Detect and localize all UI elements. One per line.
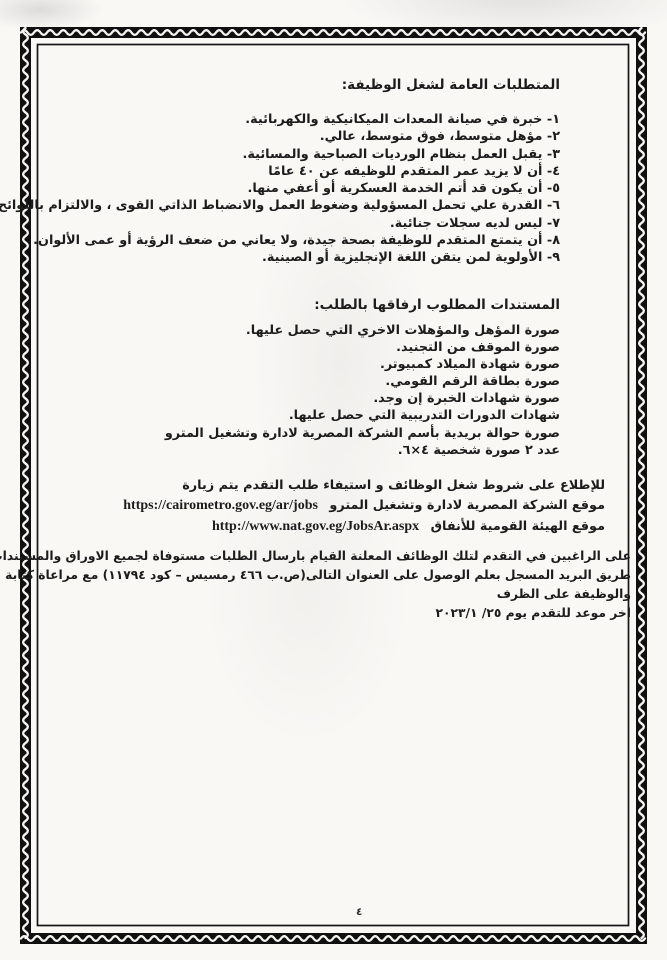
document-item: صورة الموقف من التجنيد. [165, 339, 560, 356]
page-number: ٤ [356, 906, 362, 918]
link-line: موقع الشركة المصرية لادارة وتشغيل المترو… [70, 496, 605, 516]
document-item: صورة بطاقة الرقم القومي. [165, 373, 560, 390]
link-url: https://cairometro.gov.eg/ar/jobs [123, 498, 318, 513]
links-intro: للإطلاع على شروط شغل الوظائف و استيفاء ط… [70, 476, 605, 496]
requirement-item: ٤- أن لا يزيد عمر المتقدم للوظيفه عن ٤٠ … [0, 163, 560, 180]
requirement-item: ٩- الأولوية لمن يتقن اللغة الإنجليزية أو… [0, 249, 560, 266]
submission-line: طريق البريد المسجل بعلم الوصول على العنو… [38, 566, 631, 585]
application-links: للإطلاع على شروط شغل الوظائف و استيفاء ط… [70, 476, 605, 537]
document-item: صورة حوالة بريدية بأسم الشركة المصرية لا… [165, 425, 560, 442]
document-item: صورة المؤهل والمؤهلات الاخري التي حصل عل… [165, 322, 560, 339]
requirement-item: ٣- يقبل العمل بنظام الورديات الصباحية وا… [0, 146, 560, 163]
requirement-item: ٨- أن يتمتع المتقدم للوظيفة بصحة جيدة، و… [0, 232, 560, 249]
requirement-item: ٢- مؤهل متوسط، فوق متوسط، عالي. [0, 128, 560, 145]
submission-line: اخر موعد للتقدم يوم ٢٥/ ٢٠٢٣/١ [38, 604, 631, 623]
scanned-page: المتطلبات العامة لشغل الوظيفة: ١- خبرة ف… [0, 0, 667, 960]
requirement-item: ٦- القدرة علي تحمل المسؤولية وضغوط العمل… [0, 197, 560, 214]
requirement-item: ٥- أن يكون قد أتم الخدمة العسكرية أو أعف… [0, 180, 560, 197]
requirement-item: ٧- ليس لديه سجلات جنائية. [0, 215, 560, 232]
submission-line: والوظيفة على الظرف [38, 585, 631, 604]
link-line: موقع الهيئة القومية للأنفاق http://www.n… [70, 517, 605, 537]
requirement-item: ١- خبرة في صيانة المعدات الميكانيكية وال… [0, 111, 560, 128]
documents-title: المستندات المطلوب ارفاقها بالطلب: [314, 297, 560, 313]
submission-instructions: على الراغبين في التقدم لتلك الوظائف المع… [38, 547, 631, 623]
requirements-list: ١- خبرة في صيانة المعدات الميكانيكية وال… [0, 111, 560, 267]
document-content: المتطلبات العامة لشغل الوظيفة: ١- خبرة ف… [0, 0, 667, 960]
link-url: http://www.nat.gov.eg/JobsAr.aspx [212, 519, 419, 534]
document-item: صورة شهادة الميلاد كمبيوتر. [165, 356, 560, 373]
document-item: شهادات الدورات التدريبية التي حصل عليها. [165, 407, 560, 424]
document-item: صورة شهادات الخبرة إن وجد. [165, 390, 560, 407]
link-label: موقع الشركة المصرية لادارة وتشغيل المترو [329, 498, 605, 513]
requirements-title: المتطلبات العامة لشغل الوظيفة: [342, 77, 560, 93]
links-list: موقع الشركة المصرية لادارة وتشغيل المترو… [70, 496, 605, 537]
document-item: عدد ٢ صورة شخصية ٤×٦. [165, 442, 560, 459]
submission-line: على الراغبين في التقدم لتلك الوظائف المع… [38, 547, 631, 566]
documents-list: صورة المؤهل والمؤهلات الاخري التي حصل عل… [165, 322, 560, 459]
link-label: موقع الهيئة القومية للأنفاق [431, 519, 605, 534]
